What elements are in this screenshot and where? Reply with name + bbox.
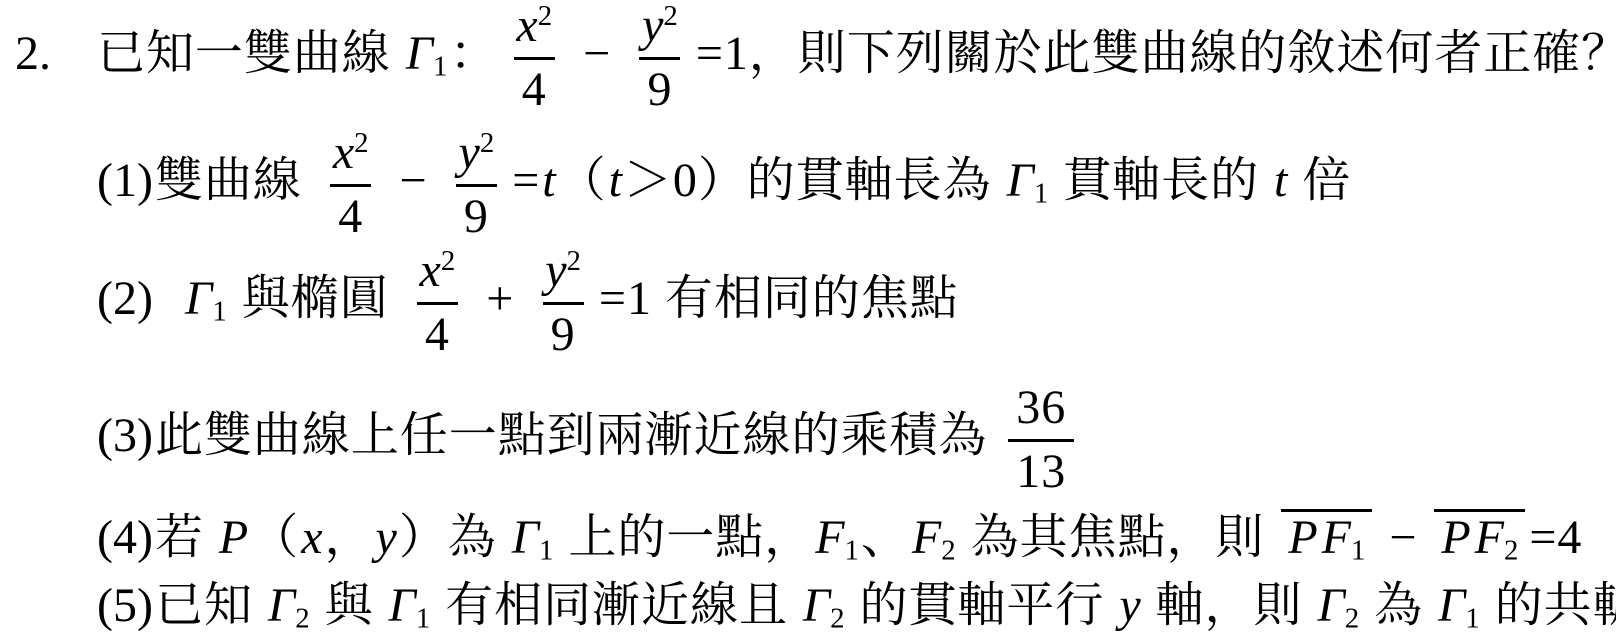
option-2-text: Γ1 與橢圓 x24 + y29=1 有相同的焦點 xyxy=(183,272,959,325)
math-fraction: y29 xyxy=(632,0,688,117)
text-run: 軸，則 xyxy=(1143,579,1316,632)
text-run: 4 xyxy=(338,190,363,243)
text-run: 上的一點， xyxy=(555,511,813,564)
subscript: 1 xyxy=(1034,177,1048,209)
question-number: 2. xyxy=(15,26,97,81)
math-fraction: y29 xyxy=(449,126,505,244)
math-variable: t xyxy=(540,154,557,207)
superscript: 2 xyxy=(663,0,677,32)
option-1-text: 雙曲線 x24 − y29=t（t＞0）的貫軸長為 Γ1 貫軸長的 t 倍 xyxy=(155,154,1351,207)
subscript: 2 xyxy=(1345,602,1359,634)
fraction-denominator: 4 xyxy=(514,57,555,117)
math-variable: Γ1 xyxy=(183,272,229,325)
text-run: 為 xyxy=(1361,579,1436,632)
text-run: 9 xyxy=(464,190,489,243)
text-run: =4 xyxy=(1529,511,1582,564)
overline-segment-group: PF1 xyxy=(1281,509,1372,562)
text-run: − xyxy=(570,27,624,80)
option-3-label: (3) xyxy=(97,408,155,463)
subscript: 1 xyxy=(416,602,430,634)
fraction-denominator: 9 xyxy=(543,302,584,362)
option-1-row: (1)雙曲線 x24 − y29=t（t＞0）的貫軸長為 Γ1 貫軸長的 t 倍 xyxy=(0,135,1616,235)
math-variable: P xyxy=(1439,511,1472,564)
math-fraction: x24 xyxy=(506,0,562,117)
superscript: 2 xyxy=(441,245,455,277)
text-run: 13 xyxy=(1016,445,1066,498)
text-run: ： xyxy=(449,27,498,80)
text-run: （ xyxy=(250,511,299,564)
subscript: 1 xyxy=(1351,534,1365,566)
text-run: =1 有相同的焦點 xyxy=(599,272,959,325)
option-5-label: (5) xyxy=(97,578,155,633)
option-4-row: (4)若 P（x，y）為 Γ1 上的一點，F1、F2 為其焦點，則 PF1 − … xyxy=(0,500,1616,564)
subscript: 1 xyxy=(539,534,553,566)
subscript: 1 xyxy=(845,534,859,566)
text-run: 倍 xyxy=(1289,154,1351,207)
text-run: 36 xyxy=(1016,381,1066,434)
math-variable: Γ2 xyxy=(1315,579,1361,632)
option-2-label: (2) xyxy=(97,271,155,326)
text-run: ＞0）的貫軸長為 xyxy=(624,154,1005,207)
math-variable: P xyxy=(217,511,250,564)
math-variable: Γ1 xyxy=(404,27,450,80)
math-problem-document: 2.已知一雙曲線 Γ1：x24 − y29=1，則下列關於此雙曲線的敘述何者正確… xyxy=(0,0,1616,639)
math-fraction: x24 xyxy=(410,244,466,362)
fraction-numerator: 36 xyxy=(1008,381,1074,438)
question-stem-line: 2.已知一雙曲線 Γ1：x24 − y29=1，則下列關於此雙曲線的敘述何者正確… xyxy=(15,0,1616,117)
fraction-denominator: 4 xyxy=(330,184,371,244)
text-run: （ xyxy=(558,154,607,207)
option-3-line: (3)此雙曲線上任一點到兩漸近線的乘積為 3613 xyxy=(97,381,1616,499)
text-run: 9 xyxy=(647,63,672,116)
math-variable: y xyxy=(1117,579,1142,632)
math-variable: Γ2 xyxy=(801,579,847,632)
text-run: 、 xyxy=(861,511,910,564)
option-5-text: 已知 Γ2 與 Γ1 有相同漸近線且 Γ2 的貫軸平行 y 軸，則 Γ2 為 Γ… xyxy=(155,579,1616,632)
text-run: 9 xyxy=(551,308,576,361)
text-run: − xyxy=(387,154,441,207)
text-run: 若 xyxy=(155,511,217,564)
text-run: =1，則下列關於此雙曲線的敘述何者正確？ xyxy=(696,27,1616,80)
fraction-numerator: x2 xyxy=(410,244,466,301)
math-variable: F2 xyxy=(1473,511,1521,564)
text-run: 的貫軸平行 xyxy=(847,579,1118,632)
subscript: 1 xyxy=(433,50,447,82)
text-run: 為其焦點，則 xyxy=(958,511,1278,564)
option-5-line: (5)已知 Γ2 與 Γ1 有相同漸近線且 Γ2 的貫軸平行 y 軸，則 Γ2 … xyxy=(97,566,1616,635)
subscript: 2 xyxy=(941,534,955,566)
math-fraction: x24 xyxy=(323,126,379,244)
fraction-numerator: y2 xyxy=(449,126,505,183)
text-run: 與 xyxy=(312,579,387,632)
text-run: 此雙曲線上任一點到兩漸近線的乘積為 xyxy=(155,409,1000,462)
subscript: 2 xyxy=(295,602,309,634)
text-run: 雙曲線 xyxy=(155,154,315,207)
text-run: 4 xyxy=(522,63,547,116)
math-variable: Γ1 xyxy=(1436,579,1482,632)
math-variable: F1 xyxy=(1320,511,1368,564)
math-variable: P xyxy=(1286,511,1319,564)
question-stem-row: 2.已知一雙曲線 Γ1：x24 − y29=1，則下列關於此雙曲線的敘述何者正確… xyxy=(0,8,1616,108)
text-run: − xyxy=(1376,511,1430,564)
option-2-line: (2)Γ1 與橢圓 x24 + y29=1 有相同的焦點 xyxy=(97,244,1616,362)
option-1-label: (1) xyxy=(97,153,155,208)
math-variable: y xyxy=(374,511,399,564)
math-variable: Γ2 xyxy=(266,579,312,632)
superscript: 2 xyxy=(538,0,552,32)
option-4-label: (4) xyxy=(97,510,155,565)
math-variable: x xyxy=(299,511,324,564)
text-run: ， xyxy=(325,511,374,564)
fraction-denominator: 9 xyxy=(456,184,497,244)
superscript: 2 xyxy=(480,127,494,159)
math-variable: t xyxy=(607,154,624,207)
text-run: 已知一雙曲線 xyxy=(97,27,404,80)
fraction-denominator: 9 xyxy=(639,57,680,117)
text-run: 的共軛雙曲線。 xyxy=(1482,579,1616,632)
superscript: 2 xyxy=(354,127,368,159)
text-run: 4 xyxy=(425,308,450,361)
math-fraction: y29 xyxy=(535,244,591,362)
overline-segment-group: PF2 xyxy=(1434,509,1525,562)
subscript: 2 xyxy=(1504,534,1518,566)
math-variable: x2 xyxy=(418,244,458,297)
text-run: = xyxy=(512,154,540,207)
math-variable: Γ1 xyxy=(1005,154,1051,207)
fraction-numerator: x2 xyxy=(506,0,562,57)
math-fraction: 3613 xyxy=(1008,381,1074,499)
superscript: 2 xyxy=(567,245,581,277)
text-run: 貫軸長的 xyxy=(1050,154,1272,207)
math-variable: y2 xyxy=(543,244,583,297)
math-variable: t xyxy=(1272,154,1289,207)
fraction-denominator: 13 xyxy=(1008,439,1074,499)
math-variable: y2 xyxy=(640,0,680,52)
question-stem-text: 已知一雙曲線 Γ1：x24 − y29=1，則下列關於此雙曲線的敘述何者正確？ xyxy=(97,27,1616,80)
text-run: 與橢圓 xyxy=(229,272,402,325)
option-3-row: (3)此雙曲線上任一點到兩漸近線的乘積為 3613 xyxy=(0,388,1616,492)
subscript: 1 xyxy=(1465,602,1479,634)
text-run: ）為 xyxy=(399,511,510,564)
text-run: + xyxy=(473,272,527,325)
math-variable: x2 xyxy=(331,126,371,179)
math-variable: y2 xyxy=(457,126,497,179)
fraction-numerator: y2 xyxy=(632,0,688,57)
option-4-line: (4)若 P（x，y）為 Γ1 上的一點，F1、F2 為其焦點，則 PF1 − … xyxy=(97,498,1616,567)
math-variable: F2 xyxy=(910,511,958,564)
fraction-numerator: y2 xyxy=(535,244,591,301)
option-3-text: 此雙曲線上任一點到兩漸近線的乘積為 3613 xyxy=(155,409,1082,462)
math-variable: F1 xyxy=(813,511,861,564)
text-run: 有相同漸近線且 xyxy=(432,579,801,632)
fraction-denominator: 4 xyxy=(417,302,458,362)
math-variable: x2 xyxy=(514,0,554,52)
subscript: 2 xyxy=(830,602,844,634)
option-1-line: (1)雙曲線 x24 − y29=t（t＞0）的貫軸長為 Γ1 貫軸長的 t 倍 xyxy=(97,126,1616,244)
option-5-row: (5)已知 Γ2 與 Γ1 有相同漸近線且 Γ2 的貫軸平行 y 軸，則 Γ2 … xyxy=(0,568,1616,632)
math-variable: Γ1 xyxy=(510,511,556,564)
option-2-row: (2)Γ1 與橢圓 x24 + y29=1 有相同的焦點 xyxy=(0,253,1616,353)
subscript: 1 xyxy=(212,295,226,327)
math-variable: Γ1 xyxy=(387,579,433,632)
fraction-numerator: x2 xyxy=(323,126,379,183)
text-run: 已知 xyxy=(155,579,266,632)
option-4-text: 若 P（x，y）為 Γ1 上的一點，F1、F2 為其焦點，則 PF1 − PF2… xyxy=(155,511,1582,564)
